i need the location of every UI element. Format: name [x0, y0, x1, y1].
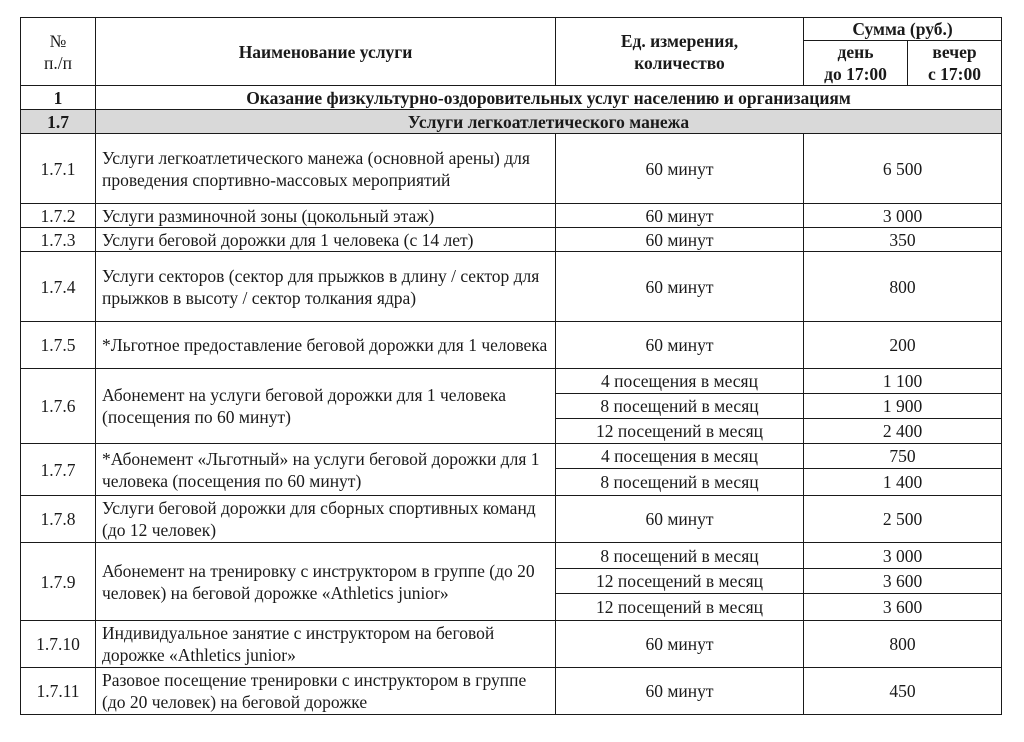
service-price: 3 600 [804, 594, 1002, 621]
service-price: 3 000 [804, 204, 1002, 228]
service-price: 1 900 [804, 394, 1002, 419]
service-price: 450 [804, 668, 1002, 715]
service-row: 1.7.11Разовое посещение тренировки с инс… [21, 668, 1002, 715]
service-name: Услуги беговой дорожки для сборных спорт… [96, 496, 556, 543]
section-title: Оказание физкультурно-оздоровительных ус… [96, 86, 1002, 110]
service-unit: 12 посещений в месяц [556, 569, 804, 594]
service-price: 2 500 [804, 496, 1002, 543]
service-price: 6 500 [804, 134, 1002, 204]
service-name: Услуги легкоатлетического манежа (основн… [96, 134, 556, 204]
header-sum: Сумма (руб.) [804, 18, 1002, 41]
section-num: 1 [21, 86, 96, 110]
service-num: 1.7.4 [21, 252, 96, 322]
service-price: 800 [804, 252, 1002, 322]
service-row: 1.7.8Услуги беговой дорожки для сборных … [21, 496, 1002, 543]
service-num: 1.7.5 [21, 322, 96, 369]
service-unit: 12 посещений в месяц [556, 594, 804, 621]
section-row: 1 Оказание физкультурно-оздоровительных … [21, 86, 1002, 110]
service-price: 800 [804, 621, 1002, 668]
service-num: 1.7.7 [21, 444, 96, 496]
service-unit: 60 минут [556, 621, 804, 668]
service-price: 750 [804, 444, 1002, 469]
service-unit: 60 минут [556, 204, 804, 228]
service-unit: 60 минут [556, 322, 804, 369]
service-price: 350 [804, 228, 1002, 252]
service-num: 1.7.1 [21, 134, 96, 204]
service-num: 1.7.9 [21, 543, 96, 621]
service-row: 1.7.3Услуги беговой дорожки для 1 челове… [21, 228, 1002, 252]
service-price: 200 [804, 322, 1002, 369]
service-row: 1.7.7*Абонемент «Льготный» на услуги бег… [21, 444, 1002, 469]
service-num: 1.7.11 [21, 668, 96, 715]
header-evening: вечер с 17:00 [908, 41, 1002, 86]
service-unit: 4 посещения в месяц [556, 369, 804, 394]
price-table: № п./п Наименование услуги Ед. измерения… [20, 17, 1002, 715]
service-unit: 60 минут [556, 496, 804, 543]
service-name: Услуги секторов (сектор для прыжков в дл… [96, 252, 556, 322]
header-day: день до 17:00 [804, 41, 908, 86]
service-num: 1.7.10 [21, 621, 96, 668]
service-unit: 8 посещений в месяц [556, 469, 804, 496]
service-name: Разовое посещение тренировки с инструкто… [96, 668, 556, 715]
service-unit: 60 минут [556, 134, 804, 204]
subsection-title: Услуги легкоатлетического манежа [96, 110, 1002, 134]
service-row: 1.7.9Абонемент на тренировку с инструкто… [21, 543, 1002, 569]
service-row: 1.7.5*Льготное предоставление беговой до… [21, 322, 1002, 369]
service-name: Услуги разминочной зоны (цокольный этаж) [96, 204, 556, 228]
service-num: 1.7.2 [21, 204, 96, 228]
subsection-num: 1.7 [21, 110, 96, 134]
service-unit: 4 посещения в месяц [556, 444, 804, 469]
header-name: Наименование услуги [96, 18, 556, 86]
subsection-row: 1.7 Услуги легкоатлетического манежа [21, 110, 1002, 134]
service-row: 1.7.2Услуги разминочной зоны (цокольный … [21, 204, 1002, 228]
service-row: 1.7.6Абонемент на услуги беговой дорожки… [21, 369, 1002, 394]
service-unit: 8 посещений в месяц [556, 394, 804, 419]
service-num: 1.7.6 [21, 369, 96, 444]
service-row: 1.7.1Услуги легкоатлетического манежа (о… [21, 134, 1002, 204]
service-num: 1.7.3 [21, 228, 96, 252]
service-unit: 60 минут [556, 228, 804, 252]
service-name: Услуги беговой дорожки для 1 человека (с… [96, 228, 556, 252]
service-name: Абонемент на услуги беговой дорожки для … [96, 369, 556, 444]
service-row: 1.7.4Услуги секторов (сектор для прыжков… [21, 252, 1002, 322]
header-num: № п./п [21, 18, 96, 86]
service-name: *Абонемент «Льготный» на услуги беговой … [96, 444, 556, 496]
service-unit: 60 минут [556, 668, 804, 715]
service-price: 2 400 [804, 419, 1002, 444]
header-unit: Ед. измерения, количество [556, 18, 804, 86]
service-unit: 60 минут [556, 252, 804, 322]
service-price: 1 400 [804, 469, 1002, 496]
service-unit: 12 посещений в месяц [556, 419, 804, 444]
service-price: 3 600 [804, 569, 1002, 594]
service-row: 1.7.10Индивидуальное занятие с инструкто… [21, 621, 1002, 668]
service-price: 3 000 [804, 543, 1002, 569]
service-num: 1.7.8 [21, 496, 96, 543]
service-name: *Льготное предоставление беговой дорожки… [96, 322, 556, 369]
service-unit: 8 посещений в месяц [556, 543, 804, 569]
service-price: 1 100 [804, 369, 1002, 394]
service-name: Индивидуальное занятие с инструктором на… [96, 621, 556, 668]
service-name: Абонемент на тренировку с инструктором в… [96, 543, 556, 621]
